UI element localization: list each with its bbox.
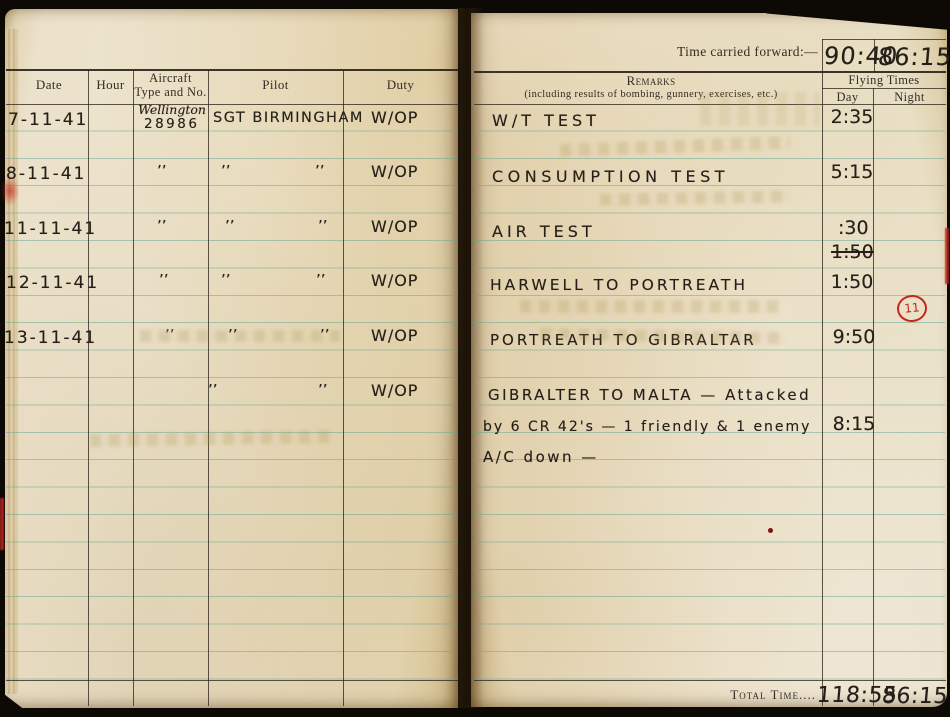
red-edge-mark xyxy=(0,498,4,550)
entry-date: 8-11-41 xyxy=(6,164,86,184)
header-date: Date xyxy=(10,77,88,93)
header-day: Day xyxy=(822,90,873,105)
entry-duty: W/OP xyxy=(371,108,418,127)
entry-remarks-line2: by 6 CR 42's — 1 friendly & 1 enemy xyxy=(483,419,811,435)
entry-remarks: W/T TEST xyxy=(492,111,600,130)
header-duty: Duty xyxy=(343,77,458,93)
logbook-scan: Time carried forward:— Date Hour Aircraf… xyxy=(0,0,950,717)
entry-aircraft-type: Wellington xyxy=(134,102,210,117)
ghost-writing-smudge xyxy=(520,300,780,313)
entry-day-time: 5:15 xyxy=(830,161,874,183)
entry-remarks: AIR TEST xyxy=(492,222,596,241)
entry-date: 11-11-41 xyxy=(4,219,97,239)
red-edge-mark xyxy=(945,228,949,284)
ditto-pilot: ’’ xyxy=(318,381,328,399)
entry-date: 7-11-41 xyxy=(8,110,88,130)
entry-date: 12-11-41 xyxy=(6,273,99,293)
red-margin-smudge xyxy=(1,176,19,206)
ink-dot xyxy=(768,528,773,533)
flying-times-underline xyxy=(822,88,946,89)
entry-remarks-line3: A/C down — xyxy=(483,448,599,466)
table-line xyxy=(6,104,458,105)
column-line-date-hour xyxy=(88,69,89,706)
entry-remarks-line1: GIBRALTER TO MALTA — Attacked xyxy=(488,386,811,404)
entry-remarks: HARWELL TO PORTREATH xyxy=(490,276,748,294)
ditto-aircraft: ’’ xyxy=(157,217,167,235)
carried-forward-night-value: 86:15 xyxy=(877,43,950,71)
table-line xyxy=(6,680,458,681)
entry-day-time: 8:15 xyxy=(832,413,876,435)
carried-forward-box-top xyxy=(822,39,946,40)
header-aircraft-line1: Aircraft xyxy=(133,71,208,86)
ghost-writing-smudge xyxy=(140,330,340,342)
column-line-pilot-duty xyxy=(343,69,344,706)
ditto-pilot: ’’ xyxy=(225,217,235,235)
ditto-pilot: ’’ xyxy=(316,271,326,289)
entry-day-time: :30 xyxy=(838,217,869,239)
entry-duty: W/OP xyxy=(371,381,418,400)
entry-duty: W/OP xyxy=(371,162,418,181)
entry-duty: W/OP xyxy=(371,217,418,236)
header-hour: Hour xyxy=(88,77,133,93)
header-remarks-title: Remarks xyxy=(480,73,822,89)
ditto-aircraft: ’’ xyxy=(157,162,167,180)
entry-day-time-struck-out: 1:50 xyxy=(831,241,874,263)
entry-pilot: SGT BIRMINGHAM xyxy=(213,110,364,126)
entry-day-time: 2:35 xyxy=(830,106,874,128)
total-night-value: 86:15 xyxy=(881,684,949,709)
entry-duty: W/OP xyxy=(371,326,418,345)
ditto-aircraft: ’’ xyxy=(159,271,169,289)
total-time-label: Total Time.... xyxy=(640,687,816,703)
table-line xyxy=(474,680,946,681)
entry-aircraft-number: 28986 xyxy=(144,116,199,132)
header-aircraft-line2: Type and No. xyxy=(133,85,208,100)
column-line-remarks-day xyxy=(822,39,823,706)
ditto-pilot: ’’ xyxy=(315,162,325,180)
entry-date: 13-11-41 xyxy=(4,328,97,348)
entry-duty: W/OP xyxy=(371,271,418,290)
header-pilot: Pilot xyxy=(208,77,343,93)
entry-day-time: 9:50 xyxy=(832,326,876,348)
table-line xyxy=(6,69,458,71)
header-night: Night xyxy=(873,90,946,105)
ditto-pilot: ’’ xyxy=(221,162,231,180)
ditto-pilot: ’’ xyxy=(208,381,218,399)
entry-day-time: 1:50 xyxy=(830,271,874,293)
header-flying-times: Flying Times xyxy=(822,73,946,88)
ghost-writing-smudge xyxy=(700,92,820,126)
entry-remarks: CONSUMPTION TEST xyxy=(492,167,729,186)
ditto-pilot: ’’ xyxy=(318,217,328,235)
ditto-pilot: ’’ xyxy=(221,271,231,289)
carried-forward-label: Time carried forward:— xyxy=(600,44,818,60)
column-line-hour-aircraft xyxy=(133,69,134,706)
